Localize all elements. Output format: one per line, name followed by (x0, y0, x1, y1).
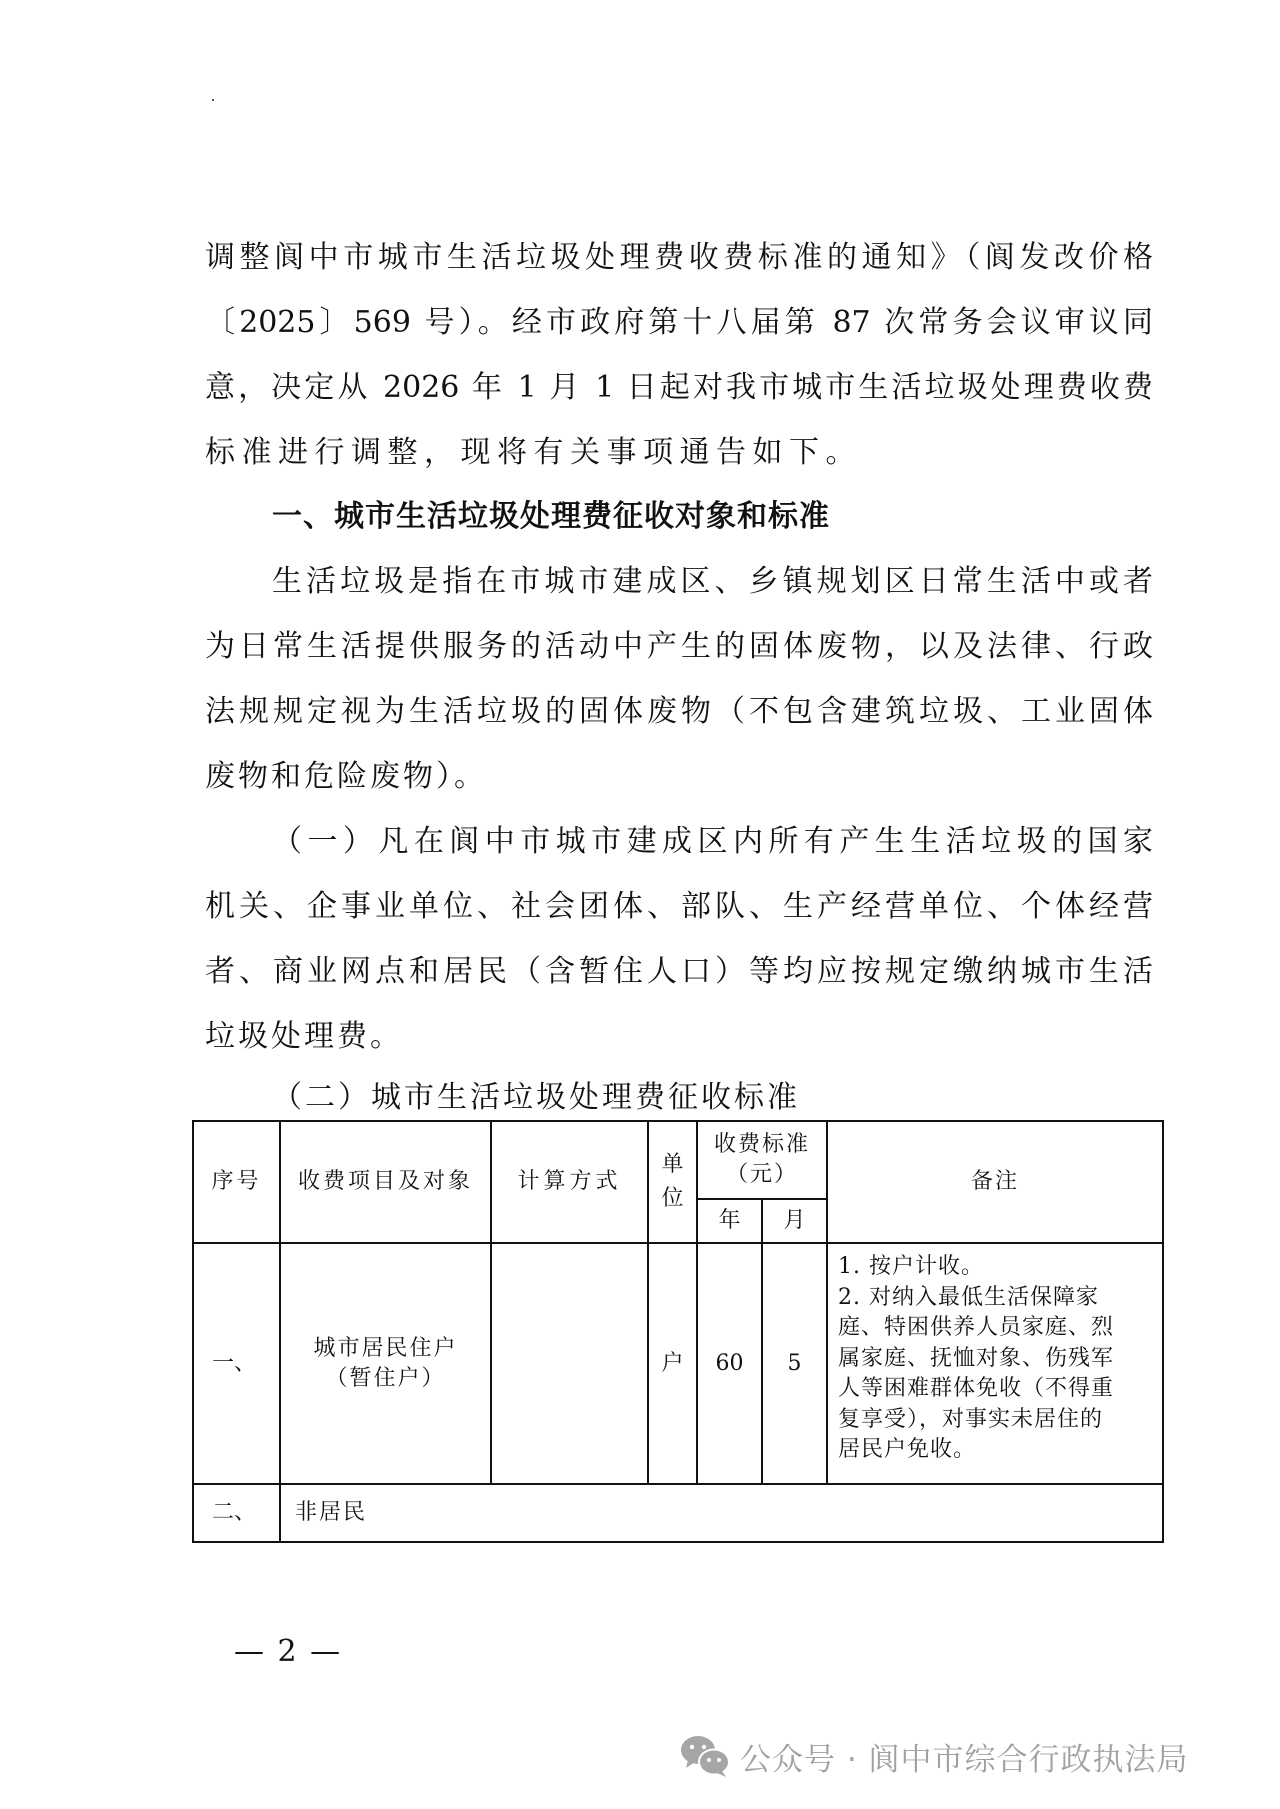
header-standard-line2: （元） (698, 1160, 826, 1190)
note-line: 人等困难群体免收（不得重 (838, 1374, 1156, 1405)
definition-line: 生活垃圾是指在市城市建成区、乡镇规划区日常生活中或者 (272, 562, 1153, 602)
paragraph-line: 调整阆中市城市生活垃圾处理费收费标准的通知》（阆发改价格 (205, 238, 1153, 278)
row-note: 1. 按户计收。 2. 对纳入最低生活保障家 庭、特困供养人员家庭、烈 属家庭、… (827, 1243, 1163, 1484)
note-line: 2. 对纳入最低生活保障家 (838, 1283, 1156, 1314)
row-unit: 户 (648, 1243, 697, 1484)
header-seq: 序号 (193, 1121, 280, 1243)
table-header-row: 序号 收费项目及对象 计算方式 单位 收费标准 （元） 备注 (193, 1121, 1163, 1199)
watermark: 公众号 · 阆中市综合行政执法局 (680, 1736, 1189, 1776)
row-item: 非居民 (280, 1484, 1163, 1542)
header-method: 计算方式 (491, 1121, 648, 1243)
definition-line: 法规规定视为生活垃圾的固体废物（不包含建筑垃圾、工业固体 (205, 692, 1153, 732)
item1-line: （一）凡在阆中市城市建成区内所有产生生活垃圾的国家 (272, 822, 1153, 862)
row-item: 城市居民住户 （暂住户） (280, 1243, 491, 1484)
wechat-icon (680, 1734, 730, 1778)
row-seq: 二、 (193, 1484, 280, 1542)
header-note: 备注 (827, 1121, 1163, 1243)
page-number: — 2 — (234, 1632, 342, 1672)
scan-speck (212, 99, 214, 101)
paragraph-line: 意，决定从 2026 年 1 月 1 日起对我市城市生活垃圾处理费收费 (205, 368, 1153, 408)
definition-line: 为日常生活提供服务的活动中产生的固体废物，以及法律、行政 (205, 627, 1153, 667)
table-row: 一、 城市居民住户 （暂住户） 户 60 5 1. 按户计收。 2. 对纳入最低… (193, 1243, 1163, 1484)
row-method (491, 1243, 648, 1484)
header-item: 收费项目及对象 (280, 1121, 491, 1243)
row-item-line2: （暂住户） (281, 1364, 490, 1394)
fee-standard-table: 序号 收费项目及对象 计算方式 单位 收费标准 （元） 备注 年 月 一、 城市… (192, 1120, 1164, 1543)
header-year: 年 (697, 1199, 762, 1243)
item1-line: 者、商业网点和居民（含暂住人口）等均应按规定缴纳城市生活 (205, 952, 1153, 992)
paragraph-line: 标准进行调整，现将有关事项通告如下。 (205, 433, 862, 473)
section-heading: 一、城市生活垃圾处理费征收对象和标准 (272, 497, 830, 537)
note-line: 居民户免收。 (838, 1435, 1156, 1466)
row-month: 5 (762, 1243, 827, 1484)
row-year: 60 (697, 1243, 762, 1484)
header-month: 月 (762, 1199, 827, 1243)
definition-line: 废物和危险废物）。 (205, 757, 487, 797)
row-item-line1: 城市居民住户 (281, 1334, 490, 1364)
paragraph-line: 〔2025〕569 号）。经市政府第十八届第 87 次常务会议审议同 (205, 303, 1153, 343)
table-row: 二、 非居民 (193, 1484, 1163, 1542)
note-line: 庭、特困供养人员家庭、烈 (838, 1313, 1156, 1344)
item2-heading: （二）城市生活垃圾处理费征收标准 (272, 1078, 800, 1118)
header-standard: 收费标准 （元） (697, 1121, 827, 1199)
item1-line: 垃圾处理费。 (205, 1017, 403, 1057)
header-unit: 单位 (648, 1121, 697, 1243)
row-seq: 一、 (193, 1243, 280, 1484)
watermark-text: 公众号 · 阆中市综合行政执法局 (740, 1734, 1189, 1779)
header-unit-label: 单位 (662, 1148, 684, 1216)
header-standard-line1: 收费标准 (698, 1130, 826, 1160)
note-line: 属家庭、抚恤对象、伤残军 (838, 1344, 1156, 1375)
item1-line: 机关、企事业单位、社会团体、部队、生产经营单位、个体经营 (205, 887, 1153, 927)
note-line: 复享受），对事实未居住的 (838, 1405, 1156, 1436)
note-line: 1. 按户计收。 (838, 1252, 1156, 1283)
